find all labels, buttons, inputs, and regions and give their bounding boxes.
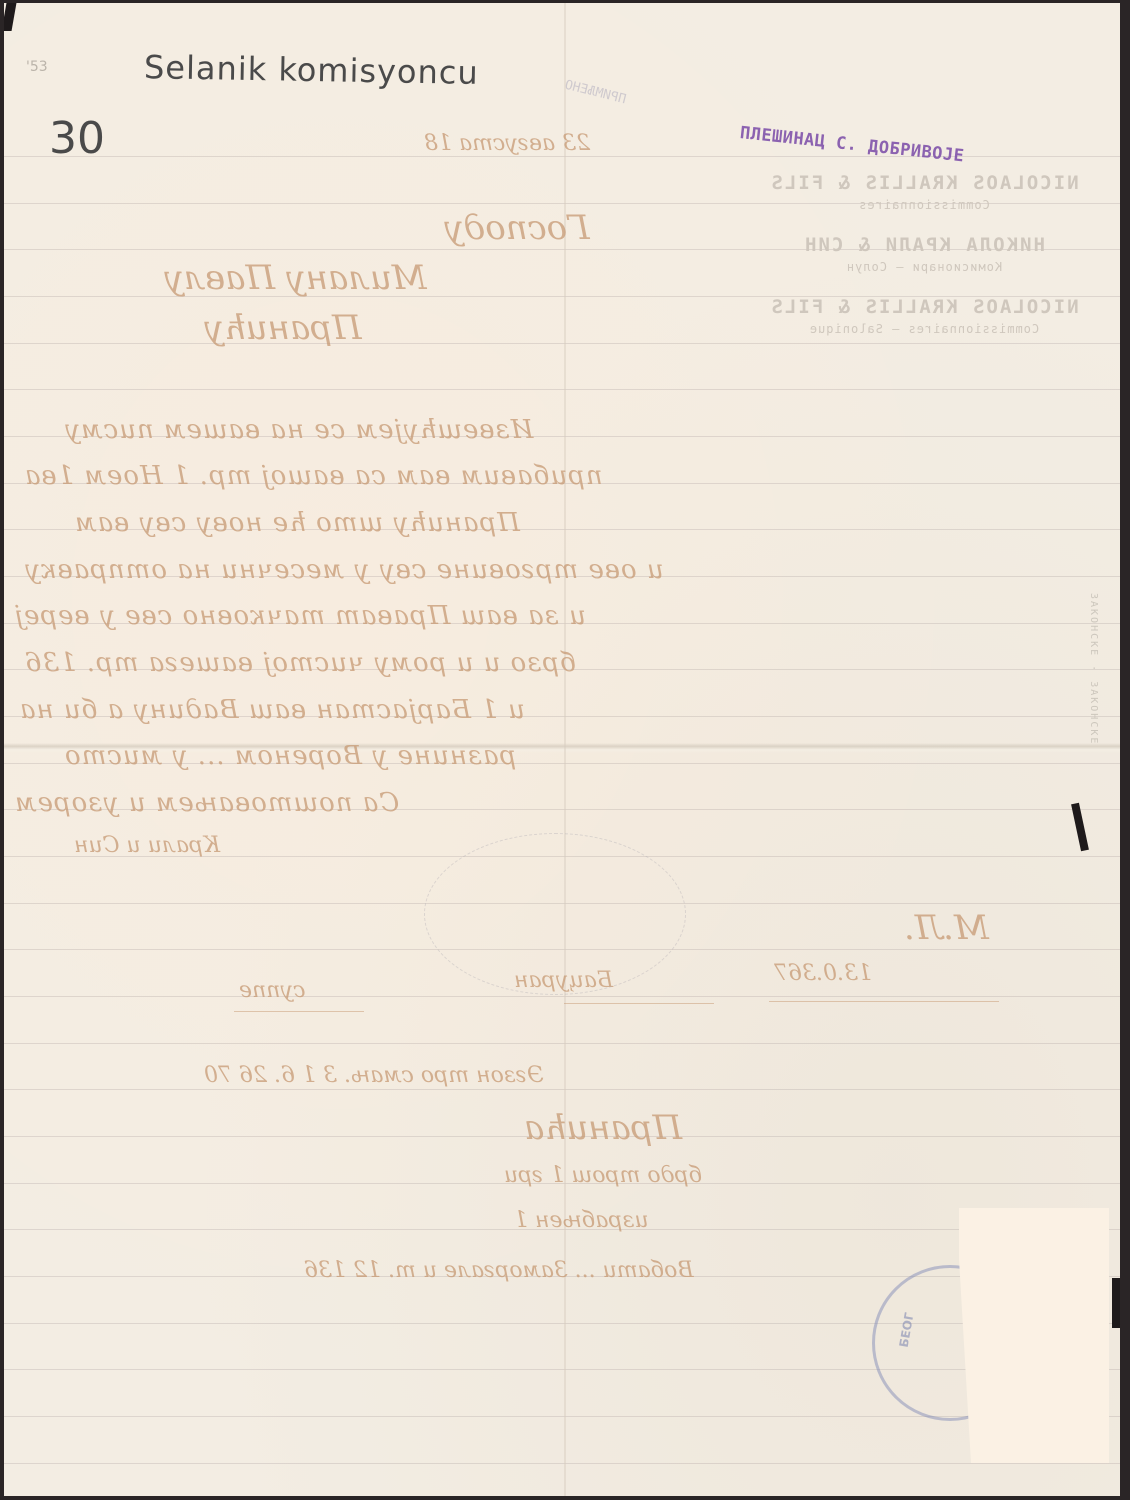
underline [769,1001,999,1002]
body-line: и за ваш Прават тачковно све у вереј [14,601,586,631]
footer-line: израбњен 1 [514,1208,649,1233]
handwritten-date: 23 августа 18 [424,131,590,156]
faint-received-stamp: ПРИМЉЕНО [563,78,627,108]
mirrored-letterhead: NICOLAOS KRALLIS & FILS Commissionnaires… [744,168,1104,358]
paper-repair-patch [959,1208,1109,1463]
salutation-line: Пранићу [204,308,362,348]
body-line: и ове трговине сву у месечни на отправку [24,555,664,585]
underline [564,1003,714,1004]
body-line: прибавим вам са вашој тр. 1 Ноем 1ва [24,461,603,491]
letterhead-line: Commissionnaires [744,198,1104,212]
footer-line: Пранића [524,1108,682,1148]
letterhead-line: Commissionnaires — Salonique [744,322,1104,336]
edge-tear [1112,1278,1120,1328]
margin-print: ЗАКОНСКЕ · ЗАКОНСКЕ [1088,593,1099,745]
body-line: Пранићу што ће нову сву вам [74,508,520,538]
pencil-note: Selanik komisyoncu [144,48,479,92]
purple-name-stamp: ПЛЕШИНАЦ С. ДОБРИВОЈЕ [739,123,965,166]
signature: Крали и Син [74,833,220,858]
faint-drawing [424,833,686,995]
initials: М.Л. [904,908,989,948]
table-cell: 13.0.367 [774,961,872,986]
footer-line: Вобати ... Заморгале и т. 12 136 [304,1258,694,1283]
underline [234,1011,364,1012]
letterhead-line: NICOLAOS KRALLIS & FILS [744,172,1104,194]
footer-line: брдо трош 1 гри [504,1163,702,1188]
letterhead-line: NICOLAOS KRALLIS & FILS [744,296,1104,318]
corner-tear [4,3,16,31]
body-line: разнине у Вореном ... у мисто [64,741,516,771]
salutation-line: Милану Павлу [164,258,427,298]
letterhead-line: Комисионари — Солун [744,260,1104,274]
body-line: Извешћујем се на вашем писму [64,415,533,445]
table-cell: суппе [239,978,305,1003]
body-line: и 1 Барјастан ваш Вадину а би на [19,695,525,725]
salutation-line: Господу [444,208,590,248]
letterhead-line: НИКОЛА КРАЛИ & СИН [744,234,1104,256]
body-line: Са поштовањем и узорем [14,788,399,818]
corner-mark: '53 [26,59,48,75]
footer-line: Эгзон тро смањ. 3 1 6. 26 70 [204,1063,544,1088]
pencil-number: 30 [49,113,105,164]
body-line: брзо и и рому чистој вашега тр. 136 [24,648,576,678]
document-page: '53 Selanik komisyoncu 30 ПРИМЉЕНО ПЛЕШИ… [4,3,1120,1496]
